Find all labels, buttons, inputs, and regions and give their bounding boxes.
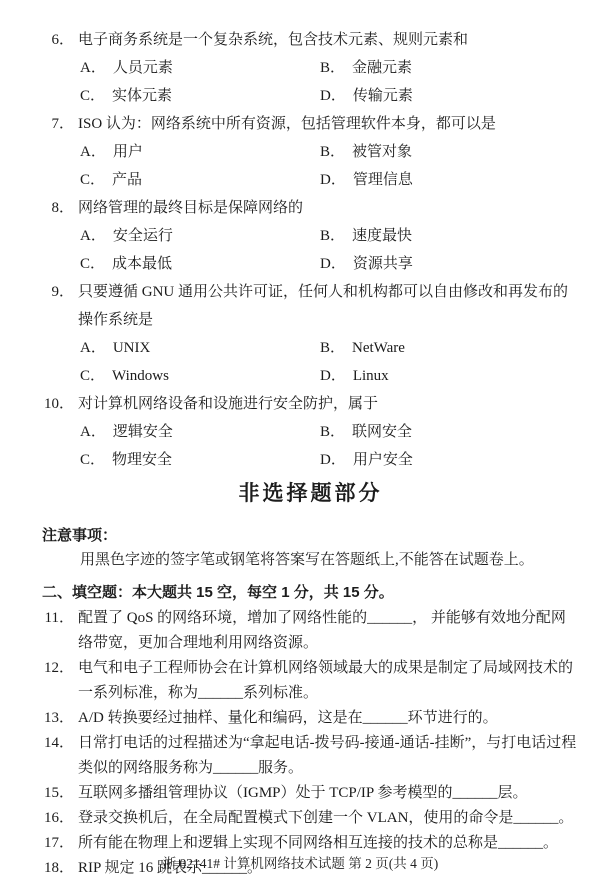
option: B．速度最快 bbox=[320, 222, 579, 250]
mcq-question: 9． 只要遵循 GNU 通用公共许可证，任何人和机构都可以自由修改和再发布的操作… bbox=[42, 278, 579, 390]
option-label: B． bbox=[320, 60, 345, 76]
option-label: B． bbox=[320, 340, 345, 356]
option: A．安全运行 bbox=[80, 222, 320, 250]
option: C．产品 bbox=[80, 166, 320, 194]
option-label: C． bbox=[80, 368, 105, 384]
option-text: NetWare bbox=[352, 340, 405, 356]
option-text: 物理安全 bbox=[112, 452, 172, 468]
section-title: 非选择题部分 bbox=[42, 479, 579, 509]
options-grid: A．人员元素 B．金融元素 C．实体元素 D．传输元素 bbox=[42, 54, 579, 110]
question-text: 电气和电子工程师协会在计算机网络领域最大的成果是制定了局域网技术的一系列标准，称… bbox=[78, 656, 579, 706]
option-text: 被管对象 bbox=[352, 144, 412, 160]
question-text: 电子商务系统是一个复杂系统，包含技术元素、规则元素和 bbox=[78, 26, 579, 54]
question-text: 网络管理的最终目标是保障网络的 bbox=[78, 194, 579, 222]
option: C．Windows bbox=[80, 362, 320, 390]
option-label: D． bbox=[320, 256, 346, 272]
option-text: UNIX bbox=[113, 340, 151, 356]
option: C．成本最低 bbox=[80, 250, 320, 278]
option-label: B． bbox=[320, 144, 345, 160]
question-text: ISO 认为：网络系统中所有资源，包括管理软件本身，都可以是 bbox=[78, 110, 579, 138]
question-number: 9． bbox=[42, 278, 78, 306]
option-text: 速度最快 bbox=[352, 228, 412, 244]
option-label: D． bbox=[320, 88, 346, 104]
option-label: D． bbox=[320, 172, 346, 188]
notice-heading: 注意事项： bbox=[42, 523, 579, 548]
option-label: C． bbox=[80, 452, 105, 468]
question-number: 8． bbox=[42, 194, 78, 222]
exam-page: 6． 电子商务系统是一个复杂系统，包含技术元素、规则元素和 A．人员元素 B．金… bbox=[0, 0, 601, 881]
option-label: A． bbox=[80, 340, 106, 356]
question-number: 6． bbox=[42, 26, 78, 54]
option-label: B． bbox=[320, 424, 345, 440]
option: D．用户安全 bbox=[320, 446, 579, 474]
question-number: 12． bbox=[42, 656, 78, 681]
fill-question: 12． 电气和电子工程师协会在计算机网络领域最大的成果是制定了局域网技术的一系列… bbox=[42, 656, 579, 706]
mcq-question: 7． ISO 认为：网络系统中所有资源，包括管理软件本身，都可以是 A．用户 B… bbox=[42, 110, 579, 194]
fill-question: 14． 日常打电话的过程描述为“拿起电话-拨号码-接通-通话-挂断”，与打电话过… bbox=[42, 731, 579, 781]
option-text: 联网安全 bbox=[352, 424, 412, 440]
question-number: 11． bbox=[42, 606, 78, 631]
option: A．用户 bbox=[80, 138, 320, 166]
mcq-section: 6． 电子商务系统是一个复杂系统，包含技术元素、规则元素和 A．人员元素 B．金… bbox=[42, 26, 579, 474]
option: C．物理安全 bbox=[80, 446, 320, 474]
option-text: 成本最低 bbox=[112, 256, 172, 272]
option-label: D． bbox=[320, 452, 346, 468]
options-grid: A．逻辑安全 B．联网安全 C．物理安全 D．用户安全 bbox=[42, 418, 579, 474]
option-text: 产品 bbox=[112, 172, 142, 188]
option-text: 安全运行 bbox=[113, 228, 173, 244]
question-text: 对计算机网络设备和设施进行安全防护，属于 bbox=[78, 390, 579, 418]
option: B．NetWare bbox=[320, 334, 579, 362]
option-label: A． bbox=[80, 424, 106, 440]
option-label: C． bbox=[80, 88, 105, 104]
option-label: C． bbox=[80, 172, 105, 188]
option-label: A． bbox=[80, 60, 106, 76]
option-text: 实体元素 bbox=[112, 88, 172, 104]
option: B．被管对象 bbox=[320, 138, 579, 166]
option: A．人员元素 bbox=[80, 54, 320, 82]
option: D．Linux bbox=[320, 362, 579, 390]
fill-section-heading: 二、填空题：本大题共 15 空，每空 1 分，共 15 分。 bbox=[42, 580, 579, 606]
mcq-question: 8． 网络管理的最终目标是保障网络的 A．安全运行 B．速度最快 C．成本最低 … bbox=[42, 194, 579, 278]
option: A．逻辑安全 bbox=[80, 418, 320, 446]
page-footer: 浙 02141# 计算机网络技术试题 第 2 页(共 4 页) bbox=[0, 852, 601, 872]
option-text: 逻辑安全 bbox=[113, 424, 173, 440]
fill-section: 11． 配置了 QoS 的网络环境，增加了网络性能的______， 并能够有效地… bbox=[42, 606, 579, 881]
question-text: 配置了 QoS 的网络环境，增加了网络性能的______， 并能够有效地分配网络… bbox=[78, 606, 579, 656]
options-grid: A．安全运行 B．速度最快 C．成本最低 D．资源共享 bbox=[42, 222, 579, 278]
option-text: 传输元素 bbox=[353, 88, 413, 104]
option-label: B． bbox=[320, 228, 345, 244]
question-text: 登录交换机后，在全局配置模式下创建一个 VLAN，使用的命令是______。 bbox=[78, 806, 579, 831]
question-number: 7． bbox=[42, 110, 78, 138]
fill-question: 13． A/D 转换要经过抽样、量化和编码，这是在______环节进行的。 bbox=[42, 706, 579, 731]
question-number: 14． bbox=[42, 731, 78, 756]
option-label: D． bbox=[320, 368, 346, 384]
option-text: 用户安全 bbox=[353, 452, 413, 468]
option-label: C． bbox=[80, 256, 105, 272]
fill-question: 16． 登录交换机后，在全局配置模式下创建一个 VLAN，使用的命令是_____… bbox=[42, 806, 579, 831]
question-text: 只要遵循 GNU 通用公共许可证，任何人和机构都可以自由修改和再发布的操作系统是 bbox=[78, 278, 579, 334]
option-text: 管理信息 bbox=[353, 172, 413, 188]
question-number: 10． bbox=[42, 390, 78, 418]
mcq-question: 10． 对计算机网络设备和设施进行安全防护，属于 A．逻辑安全 B．联网安全 C… bbox=[42, 390, 579, 474]
question-text: A/D 转换要经过抽样、量化和编码，这是在______环节进行的。 bbox=[78, 706, 579, 731]
option-text: Linux bbox=[353, 368, 389, 384]
option-text: Windows bbox=[112, 368, 169, 384]
fill-question: 15． 互联网多播组管理协议（IGMP）处于 TCP/IP 参考模型的_____… bbox=[42, 781, 579, 806]
option: D．管理信息 bbox=[320, 166, 579, 194]
option: B．金融元素 bbox=[320, 54, 579, 82]
options-grid: A．用户 B．被管对象 C．产品 D．管理信息 bbox=[42, 138, 579, 194]
mcq-question: 6． 电子商务系统是一个复杂系统，包含技术元素、规则元素和 A．人员元素 B．金… bbox=[42, 26, 579, 110]
option: B．联网安全 bbox=[320, 418, 579, 446]
option-label: A． bbox=[80, 228, 106, 244]
option-text: 金融元素 bbox=[352, 60, 412, 76]
option: A．UNIX bbox=[80, 334, 320, 362]
option-label: A． bbox=[80, 144, 106, 160]
question-number: 13． bbox=[42, 706, 78, 731]
question-text: 日常打电话的过程描述为“拿起电话-拨号码-接通-通话-挂断”，与打电话过程类似的… bbox=[78, 731, 579, 781]
options-grid: A．UNIX B．NetWare C．Windows D．Linux bbox=[42, 334, 579, 390]
question-number: 16． bbox=[42, 806, 78, 831]
fill-question: 11． 配置了 QoS 的网络环境，增加了网络性能的______， 并能够有效地… bbox=[42, 606, 579, 656]
option-text: 用户 bbox=[113, 144, 143, 160]
option: D．传输元素 bbox=[320, 82, 579, 110]
option: C．实体元素 bbox=[80, 82, 320, 110]
option-text: 人员元素 bbox=[113, 60, 173, 76]
notice-text: 用黑色字迹的签字笔或钢笔将答案写在答题纸上,不能答在试题卷上。 bbox=[42, 548, 579, 573]
question-number: 15． bbox=[42, 781, 78, 806]
option-text: 资源共享 bbox=[353, 256, 413, 272]
question-text: 互联网多播组管理协议（IGMP）处于 TCP/IP 参考模型的______层。 bbox=[78, 781, 579, 806]
option: D．资源共享 bbox=[320, 250, 579, 278]
